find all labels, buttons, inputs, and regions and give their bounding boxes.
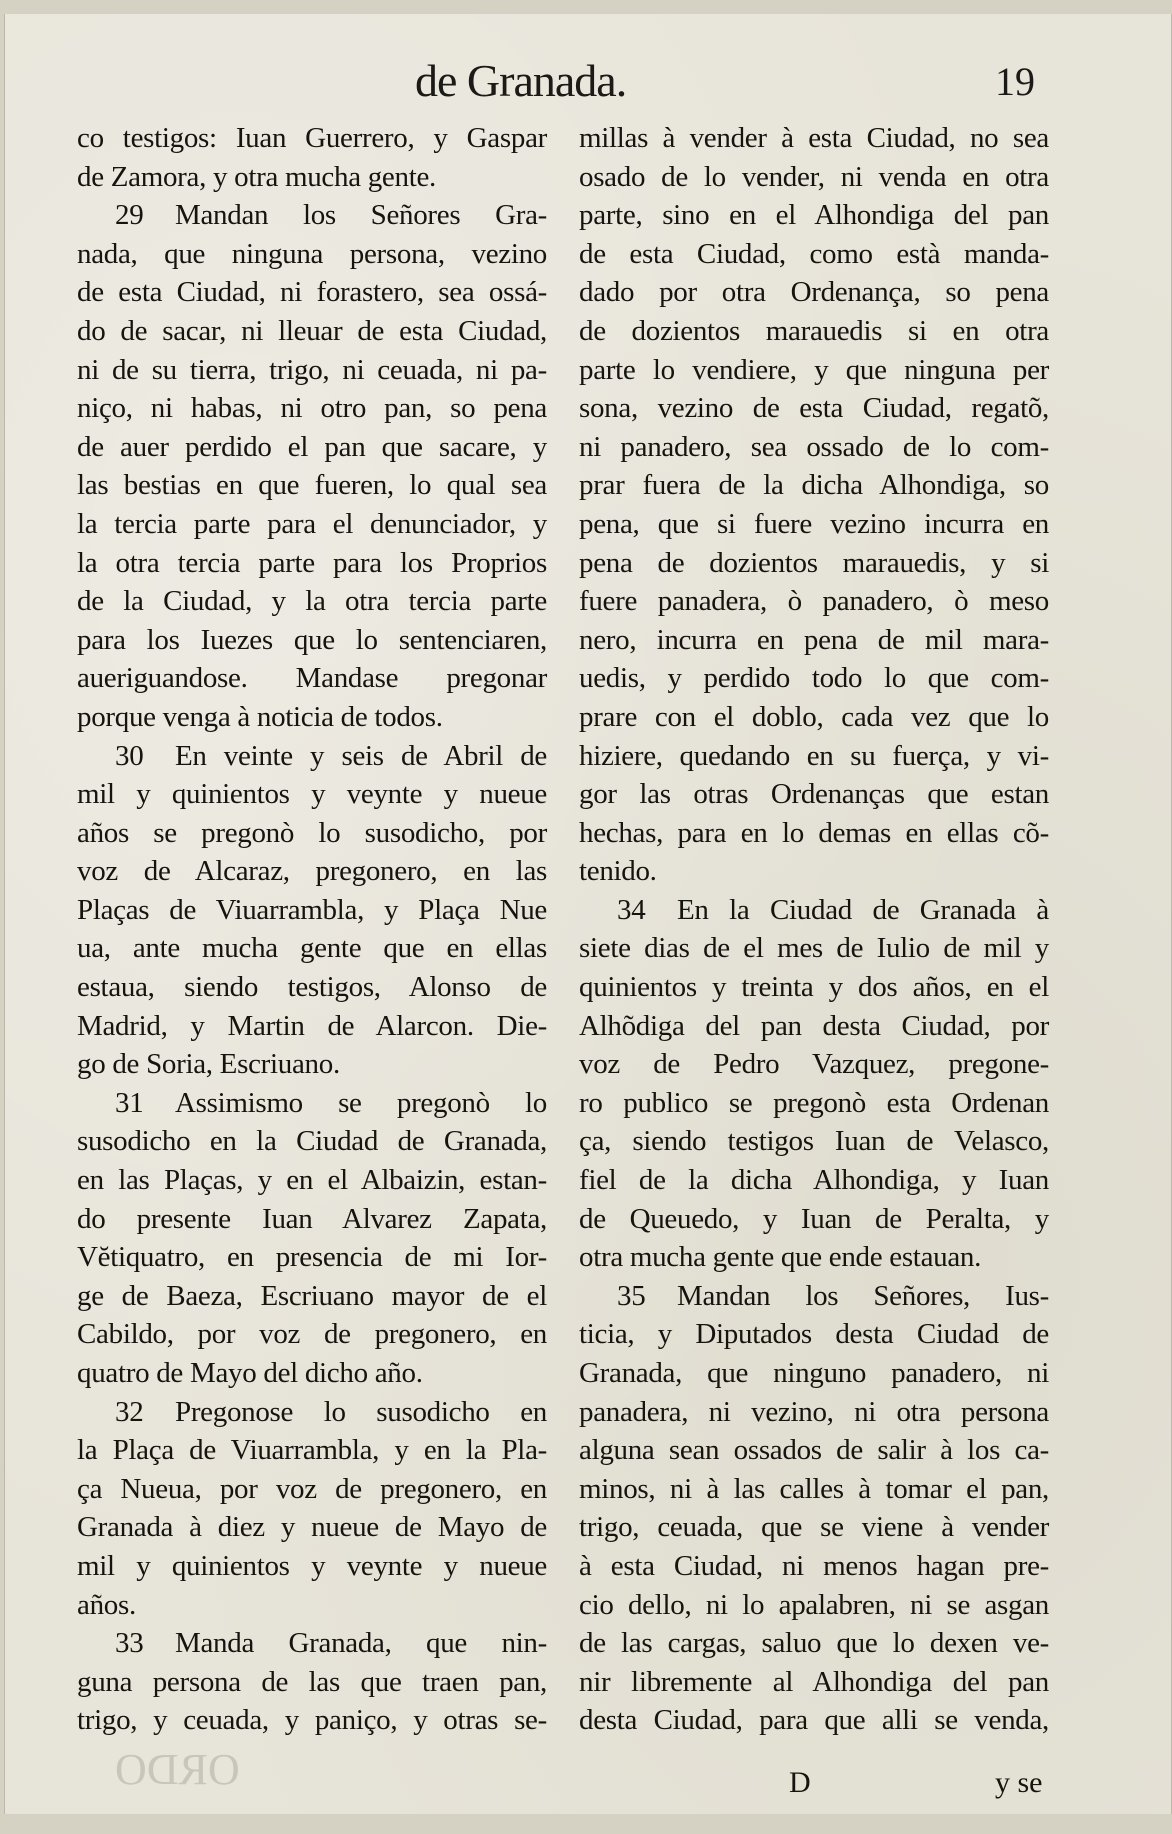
text-line: hechas, para en lo demas en ellas cõ- <box>579 814 1049 853</box>
text-line: estaua, siendo testigos, Alonso de <box>77 968 547 1007</box>
text-line: 35Mandan los Señores, Ius- <box>579 1277 1049 1316</box>
text-line: de Zamora, y otra mucha gente. <box>77 158 547 197</box>
text-line: Plaças de Viuarrambla, y Plaça Nue <box>77 891 547 930</box>
text-line: minos, ni à las calles à tomar el pan, <box>579 1470 1049 1509</box>
text-line: años se pregonò lo susodicho, por <box>77 814 547 853</box>
page-number: 19 <box>995 58 1035 105</box>
text-line: nir libremente al Alhondiga del pan <box>579 1663 1049 1702</box>
text-line: pena, que si fuere vezino incurra en <box>579 505 1049 544</box>
line-text: Assimismo se pregonò lo <box>175 1084 547 1123</box>
text-line: de dozientos marauedis si en otra <box>579 312 1049 351</box>
text-line: panadera, ni vezino, ni otra persona <box>579 1393 1049 1432</box>
paragraph-number: 30 <box>77 737 175 776</box>
text-line: prare con el doblo, cada vez que lo <box>579 698 1049 737</box>
text-line: siete dias de el mes de Iulio de mil y <box>579 929 1049 968</box>
text-line: 33Manda Granada, que nin- <box>77 1624 547 1663</box>
text-line: tenido. <box>579 852 1049 891</box>
text-line: de esta Ciudad, como està manda- <box>579 235 1049 274</box>
text-line: hiziere, quedando en su fuerça, y vi- <box>579 737 1049 776</box>
text-line: trigo, y ceuada, y paniço, y otras se- <box>77 1701 547 1740</box>
text-line: de las cargas, saluo que lo dexen ve- <box>579 1624 1049 1663</box>
text-line: go de Soria, Escriuano. <box>77 1045 547 1084</box>
text-line: sona, vezino de esta Ciudad, regatõ, <box>579 389 1049 428</box>
line-text: En la Ciudad de Granada à <box>677 891 1049 930</box>
text-line: 32Pregonose lo susodicho en <box>77 1393 547 1432</box>
text-line: Vĕtiquatro, en presencia de mi Ior- <box>77 1238 547 1277</box>
text-line: porque venga à noticia de todos. <box>77 698 547 737</box>
text-line: parte, sino en el Alhondiga del pan <box>579 196 1049 235</box>
paragraph-number: 29 <box>77 196 175 235</box>
text-line: ça, siendo testigos Iuan de Velasco, <box>579 1122 1049 1161</box>
text-line: voz de Alcaraz, pregonero, en las <box>77 852 547 891</box>
text-line: nero, incurra en pena de mil mara- <box>579 621 1049 660</box>
text-line: mil y quinientos y veynte y nueue <box>77 1547 547 1586</box>
text-line: en las Plaças, y en el Albaizin, estan- <box>77 1161 547 1200</box>
text-line: 30En veinte y seis de Abril de <box>77 737 547 776</box>
text-line: Cabildo, por voz de pregonero, en <box>77 1315 547 1354</box>
text-line: prar fuera de la dicha Alhondiga, so <box>579 466 1049 505</box>
text-line: alguna sean ossados de salir à los ca- <box>579 1431 1049 1470</box>
text-line: fuere panadera, ò panadero, ò meso <box>579 582 1049 621</box>
text-line: millas à vender à esta Ciudad, no sea <box>579 119 1049 158</box>
text-line: osado de lo vender, ni venda en otra <box>579 158 1049 197</box>
text-line: 29Mandan los Señores Gra- <box>77 196 547 235</box>
text-line: do presente Iuan Alvarez Zapata, <box>77 1200 547 1239</box>
text-line: de Queuedo, y Iuan de Peralta, y <box>579 1200 1049 1239</box>
signature-mark: D <box>789 1766 811 1800</box>
text-line: quatro de Mayo del dicho año. <box>77 1354 547 1393</box>
text-line: voz de Pedro Vazquez, pregone- <box>579 1045 1049 1084</box>
text-line: uedis, y perdido todo lo que com- <box>579 659 1049 698</box>
paragraph-number: 35 <box>579 1277 677 1316</box>
text-line: para los Iuezes que lo sentenciaren, <box>77 621 547 660</box>
text-line: nada, que ninguna persona, vezino <box>77 235 547 274</box>
paragraph-number: 33 <box>77 1624 175 1663</box>
text-line: 34En la Ciudad de Granada à <box>579 891 1049 930</box>
line-text: En veinte y seis de Abril de <box>175 737 547 776</box>
line-text: Mandan los Señores, Ius- <box>677 1277 1049 1316</box>
text-line: Alhõdiga del pan desta Ciudad, por <box>579 1007 1049 1046</box>
text-line: de la Ciudad, y la otra tercia parte <box>77 582 547 621</box>
line-text: Mandan los Señores Gra- <box>175 196 547 235</box>
text-line: de auer perdido el pan que sacare, y <box>77 428 547 467</box>
text-line: otra mucha gente que ende estauan. <box>579 1238 1049 1277</box>
text-line: niço, ni habas, ni otro pan, so pena <box>77 389 547 428</box>
text-line: parte lo vendiere, y que ninguna per <box>579 351 1049 390</box>
show-through-text: ORDO <box>115 1744 240 1795</box>
text-line: las bestias en que fueren, lo qual sea <box>77 466 547 505</box>
text-line: Granada, que ninguno panadero, ni <box>579 1354 1049 1393</box>
text-line: ua, ante mucha gente que en ellas <box>77 929 547 968</box>
text-line: ça Nueua, por voz de pregonero, en <box>77 1470 547 1509</box>
left-column: co testigos: Iuan Guerrero, y Gasparde Z… <box>77 119 547 1740</box>
text-line: aueriguandose. Mandase pregonar <box>77 659 547 698</box>
line-text: Pregonose lo susodicho en <box>175 1393 547 1432</box>
text-line: fiel de la dicha Alhondiga, y Iuan <box>579 1161 1049 1200</box>
text-line: susodicho en la Ciudad de Granada, <box>77 1122 547 1161</box>
text-line: Granada à diez y nueue de Mayo de <box>77 1508 547 1547</box>
text-line: la Plaça de Viuarrambla, y en la Pla- <box>77 1431 547 1470</box>
paragraph-number: 31 <box>77 1084 175 1123</box>
text-line: cio dello, ni lo apalabren, ni se asgan <box>579 1586 1049 1625</box>
text-line: ni de su tierra, trigo, ni ceuada, ni pa… <box>77 351 547 390</box>
running-title: de Granada. <box>415 54 626 107</box>
text-line: de esta Ciudad, ni forastero, sea ossá- <box>77 273 547 312</box>
scanned-page: de Granada. 19 co testigos: Iuan Guerrer… <box>4 14 1172 1814</box>
text-line: Madrid, y Martin de Alarcon. Die- <box>77 1007 547 1046</box>
page-header: de Granada. 19 <box>5 54 1171 114</box>
text-line: mil y quinientos y veynte y nueue <box>77 775 547 814</box>
text-line: 31Assimismo se pregonò lo <box>77 1084 547 1123</box>
text-line: dado por otra Ordenança, so pena <box>579 273 1049 312</box>
catchword: y se <box>995 1766 1043 1800</box>
text-line: trigo, ceuada, que se viene à vender <box>579 1508 1049 1547</box>
text-line: co testigos: Iuan Guerrero, y Gaspar <box>77 119 547 158</box>
text-line: ni panadero, sea ossado de lo com- <box>579 428 1049 467</box>
line-text: Manda Granada, que nin- <box>175 1624 547 1663</box>
paragraph-number: 34 <box>579 891 677 930</box>
text-line: pena de dozientos marauedis, y si <box>579 544 1049 583</box>
text-line: quinientos y treinta y dos años, en el <box>579 968 1049 1007</box>
text-line: la otra tercia parte para los Proprios <box>77 544 547 583</box>
paragraph-number: 32 <box>77 1393 175 1432</box>
text-line: guna persona de las que traen pan, <box>77 1663 547 1702</box>
text-line: desta Ciudad, para que alli se venda, <box>579 1701 1049 1740</box>
text-line: à esta Ciudad, ni menos hagan pre- <box>579 1547 1049 1586</box>
text-line: gor las otras Ordenanças que estan <box>579 775 1049 814</box>
text-line: la tercia parte para el denunciador, y <box>77 505 547 544</box>
text-line: do de sacar, ni lleuar de esta Ciudad, <box>77 312 547 351</box>
text-line: ticia, y Diputados desta Ciudad de <box>579 1315 1049 1354</box>
right-column: millas à vender à esta Ciudad, no seaosa… <box>579 119 1049 1740</box>
text-line: ro publico se pregonò esta Ordenan <box>579 1084 1049 1123</box>
text-line: años. <box>77 1586 547 1625</box>
text-line: ge de Baeza, Escriuano mayor de el <box>77 1277 547 1316</box>
